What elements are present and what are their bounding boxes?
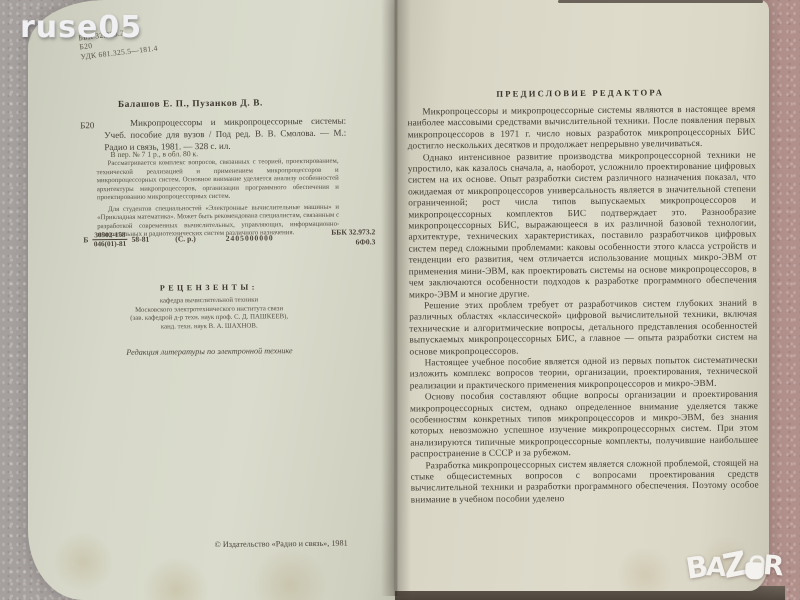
right-page: ПРЕДИСЛОВИЕ РЕДАКТОРА Микропроцессоры и … bbox=[395, 0, 769, 591]
authors-line: Балашов Е. П., Пузанков Д. В. bbox=[118, 98, 263, 110]
left-page: ББК 32.973.2 Б20 УДК 681.325.5—181.4 Бал… bbox=[28, 0, 395, 600]
reviewer-line: канд. техн. наук В. А. ШАХНОВ. bbox=[56, 321, 362, 333]
reviewers-heading: РЕЦЕНЗЕНТЫ: bbox=[56, 281, 362, 293]
catalog-formula: Б 30502-158 046(01)-81 58-81 (С. р.) 240… bbox=[83, 227, 375, 249]
formula-code: 2405000000 bbox=[226, 233, 274, 243]
catalog-label: Б20 bbox=[80, 120, 94, 130]
formula-fraction: 30502-158 046(01)-81 bbox=[92, 231, 127, 249]
seller-username-watermark: ruse05 bbox=[20, 10, 142, 45]
price-line: В пер. № 7 1 р., в обл. 80 к. bbox=[110, 149, 198, 159]
fraction-denominator: 046(01)-81 bbox=[94, 240, 126, 249]
formula-bbk2: 6Ф0.3 bbox=[356, 237, 376, 246]
preface-paragraph: Разработка микропроцессорных систем явля… bbox=[410, 458, 758, 507]
formula-letter: Б bbox=[83, 235, 88, 244]
reviewers-block: РЕЦЕНЗЕНТЫ: кафедра вычислительной техни… bbox=[56, 281, 362, 333]
bazar-letter: R bbox=[762, 552, 785, 581]
book-photo: ББК 32.973.2 Б20 УДК 681.325.5—181.4 Бал… bbox=[0, 0, 800, 600]
preface-paragraph: Микропроцессоры и микропроцессорные сист… bbox=[407, 104, 755, 153]
preface-paragraph: Решение этих проблем требует от разработ… bbox=[409, 298, 757, 358]
preface-paragraph: Настоящее учебное пособие является одной… bbox=[410, 355, 758, 392]
annotation-paragraph: Рассматривается комплекс вопросов, связа… bbox=[97, 158, 339, 203]
preface-paragraph: Однако интенсивное развитие производства… bbox=[408, 150, 757, 301]
catalog-entry: Микропроцессоры и микропроцессорные сист… bbox=[104, 115, 346, 154]
formula-suffix: 58-81 bbox=[132, 235, 150, 244]
preface-text: Микропроцессоры и микропроцессорные сист… bbox=[407, 104, 758, 506]
formula-bbk-block: ББК 32.973.2 6Ф0.3 bbox=[331, 227, 375, 246]
copyright-line: © Издательство «Радио и связь», 1981 bbox=[215, 539, 348, 549]
fraction-numerator: 30502-158 bbox=[92, 231, 127, 241]
bazar-logo: B A Z R bbox=[685, 546, 784, 582]
edition-note: Редакция литературы по электронной техни… bbox=[57, 345, 363, 357]
formula-sr: (С. р.) bbox=[175, 234, 196, 243]
preface-paragraph: Основу пособия составляют общие вопросы … bbox=[410, 390, 759, 461]
preface-heading: ПРЕДИСЛОВИЕ РЕДАКТОРА bbox=[393, 86, 767, 99]
formula-bbk: ББК 32.973.2 bbox=[331, 227, 375, 236]
